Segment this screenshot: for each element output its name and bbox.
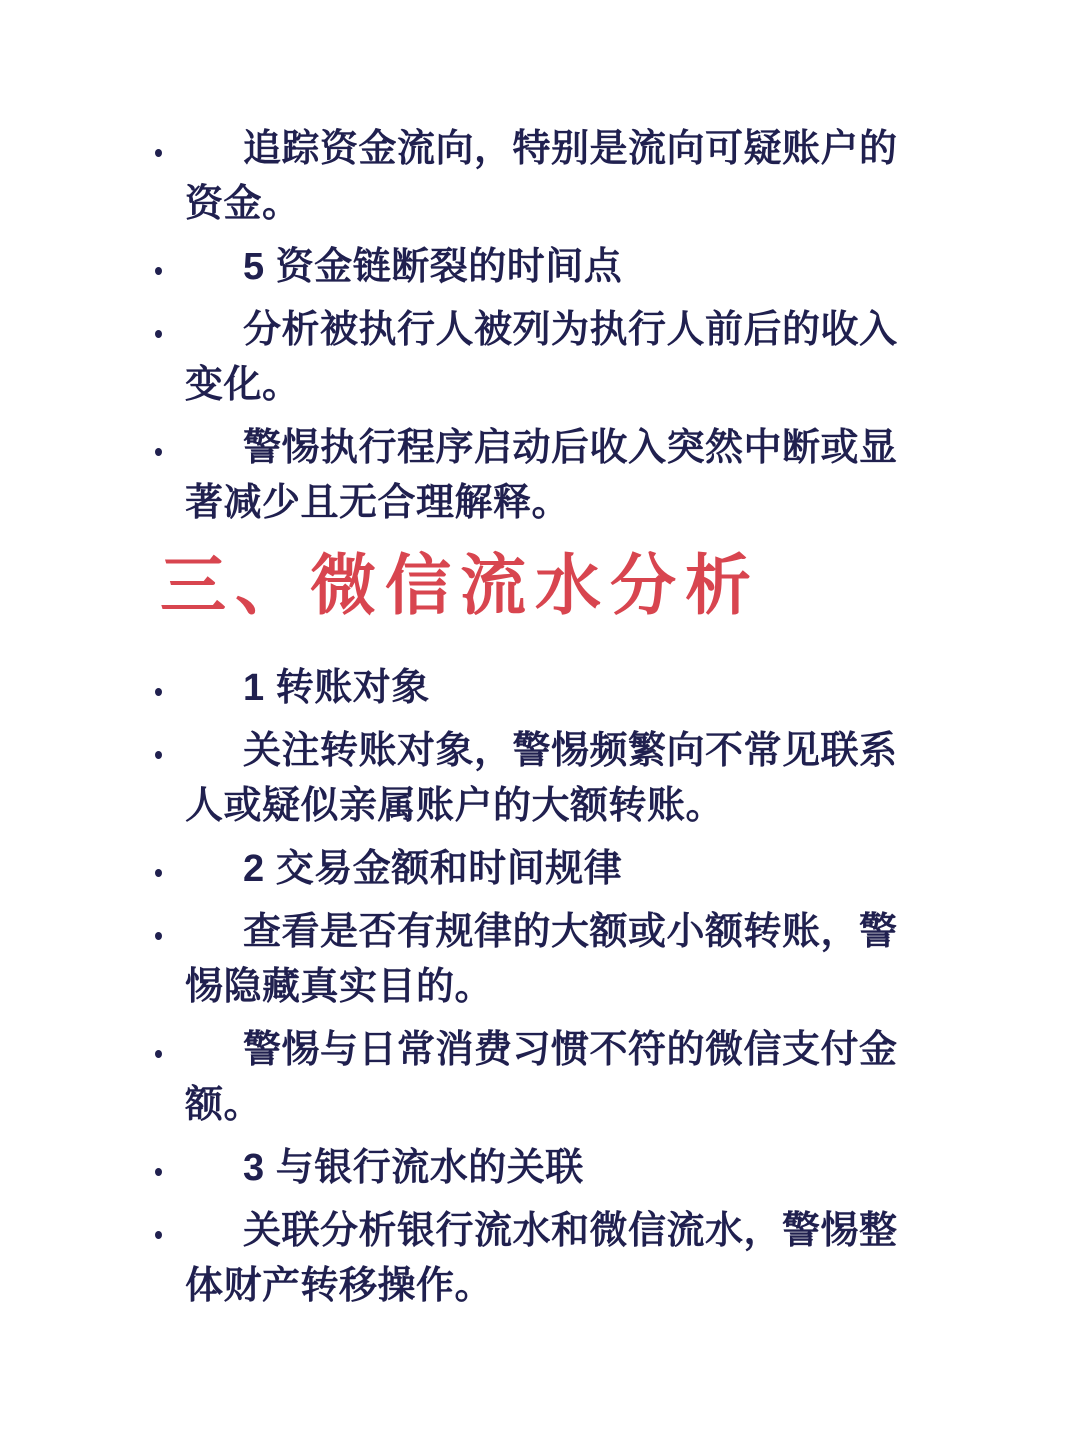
bullet-dot-icon bbox=[155, 448, 162, 456]
list-item: 3 与银行流水的关联 bbox=[150, 1141, 910, 1196]
section-heading: 三、微信流水分析 bbox=[150, 545, 910, 625]
bullet-text: 追踪资金流向，特别是流向可疑账户的资金。 bbox=[185, 128, 898, 225]
list-item: 警惕执行程序启动后收入突然中断或显著减少且无合理解释。 bbox=[150, 421, 910, 531]
bullet-dot-icon bbox=[155, 751, 162, 759]
bullet-dot-icon bbox=[155, 330, 162, 338]
list-item: 追踪资金流向，特别是流向可疑账户的资金。 bbox=[150, 122, 910, 232]
list-item: 1 转账对象 bbox=[150, 661, 910, 716]
bullet-dot-icon bbox=[155, 149, 162, 157]
bullet-dot-icon bbox=[155, 1231, 162, 1239]
section-wechat-analysis-list: 1 转账对象 关注转账对象，警惕频繁向不常见联系人或疑似亲属账户的大额转账。 2… bbox=[150, 661, 910, 1314]
list-item: 5 资金链断裂的时间点 bbox=[150, 240, 910, 295]
list-item: 关联分析银行流水和微信流水，警惕整体财产转移操作。 bbox=[150, 1204, 910, 1314]
bullet-text: 1 转账对象 bbox=[243, 667, 430, 709]
bullet-text: 关注转账对象，警惕频繁向不常见联系人或疑似亲属账户的大额转账。 bbox=[185, 730, 898, 827]
list-item: 分析被执行人被列为执行人前后的收入变化。 bbox=[150, 303, 910, 413]
bullet-text: 5 资金链断裂的时间点 bbox=[243, 246, 622, 288]
bullet-dot-icon bbox=[155, 267, 162, 275]
bullet-dot-icon bbox=[155, 688, 162, 696]
bullet-dot-icon bbox=[155, 1168, 162, 1176]
list-item: 警惕与日常消费习惯不符的微信支付金额。 bbox=[150, 1023, 910, 1133]
bullet-text: 分析被执行人被列为执行人前后的收入变化。 bbox=[185, 309, 898, 406]
bullet-dot-icon bbox=[155, 869, 162, 877]
list-item: 2 交易金额和时间规律 bbox=[150, 842, 910, 897]
document-page: 追踪资金流向，特别是流向可疑账户的资金。 5 资金链断裂的时间点 分析被执行人被… bbox=[0, 0, 1080, 1439]
list-item: 查看是否有规律的大额或小额转账，警惕隐藏真实目的。 bbox=[150, 905, 910, 1015]
bullet-text: 2 交易金额和时间规律 bbox=[243, 848, 622, 890]
bullet-text: 查看是否有规律的大额或小额转账，警惕隐藏真实目的。 bbox=[185, 911, 898, 1008]
bullet-dot-icon bbox=[155, 932, 162, 940]
bullet-text: 警惕执行程序启动后收入突然中断或显著减少且无合理解释。 bbox=[185, 427, 898, 524]
bullet-text: 警惕与日常消费习惯不符的微信支付金额。 bbox=[185, 1029, 898, 1126]
bullet-dot-icon bbox=[155, 1050, 162, 1058]
section-bank-analysis-list: 追踪资金流向，特别是流向可疑账户的资金。 5 资金链断裂的时间点 分析被执行人被… bbox=[150, 122, 910, 531]
bullet-text: 3 与银行流水的关联 bbox=[243, 1147, 584, 1189]
list-item: 关注转账对象，警惕频繁向不常见联系人或疑似亲属账户的大额转账。 bbox=[150, 724, 910, 834]
bullet-text: 关联分析银行流水和微信流水，警惕整体财产转移操作。 bbox=[185, 1210, 898, 1307]
